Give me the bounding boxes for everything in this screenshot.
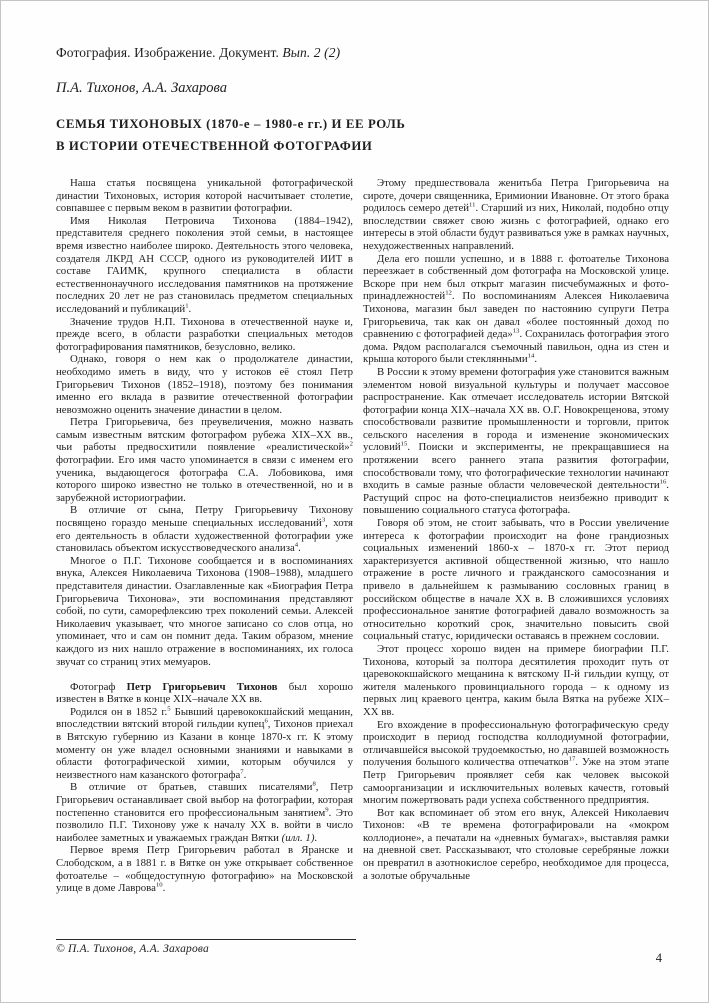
paragraph: Значение трудов Н.П. Тихонова в отечеств…	[56, 316, 353, 354]
paragraph: Его вхождение в профессиональную фотогра…	[363, 719, 669, 807]
footnote-marker: 2	[350, 441, 353, 448]
paragraph: Первое время Петр Григорьевич работал в …	[56, 844, 353, 894]
authors-line: П.А. Тихонов, А.А. Захарова	[56, 80, 227, 97]
paragraph: Дела его пошли успешно, и в 1888 г. фото…	[363, 253, 669, 366]
paragraph: Этому предшествовала женитьба Петра Григ…	[363, 177, 669, 253]
paragraph: Родился он в 1852 г.5 Бывший царевококша…	[56, 706, 353, 782]
paragraph: Наша статья посвящена уникальной фотогра…	[56, 177, 353, 215]
paragraph: Говоря об этом, не стоит забывать, что в…	[363, 517, 669, 643]
footnote-marker: 10	[156, 882, 163, 889]
document-page: Фотография. Изображение. Документ. Вып. …	[0, 0, 709, 1003]
paragraph: Однако, говоря о нем как о продолжателе …	[56, 353, 353, 416]
paragraph: Этот процесс хорошо виден на примере био…	[363, 643, 669, 719]
left-column: Наша статья посвящена уникальной фотогра…	[56, 177, 353, 895]
paragraph: В отличие от сына, Петру Григорьевичу Ти…	[56, 504, 353, 554]
article-title: СЕМЬЯ ТИХОНОВЫХ (1870-е – 1980-е гг.) И …	[56, 113, 405, 157]
page-number: 4	[656, 951, 662, 966]
paragraph: Фотограф Петр Григорьевич Тихонов был хо…	[56, 681, 353, 706]
journal-title: Фотография. Изображение. Документ.	[56, 45, 279, 60]
copyright-line: © П.А. Тихонов, А.А. Захарова	[56, 943, 356, 955]
right-column: Этому предшествовала женитьба Петра Григ…	[363, 177, 669, 895]
text-columns: Наша статья посвящена уникальной фотогра…	[56, 177, 669, 895]
paragraph: В России к этому времени фотография уже …	[363, 366, 669, 517]
paragraph: Имя Николая Петровича Тихонова (1884–194…	[56, 215, 353, 316]
paragraph: Многое о П.Г. Тихонове сообщается и в во…	[56, 555, 353, 668]
issue-label: Вып. 2 (2)	[282, 45, 340, 60]
paragraph: Вот как вспоминает об этом его внук, Але…	[363, 807, 669, 883]
article-title-line1: СЕМЬЯ ТИХОНОВЫХ (1870-е – 1980-е гг.) И …	[56, 113, 405, 135]
footer-rule: © П.А. Тихонов, А.А. Захарова	[56, 939, 356, 955]
journal-header: Фотография. Изображение. Документ. Вып. …	[56, 45, 340, 61]
paragraph: В отличие от братьев, ставших писателями…	[56, 781, 353, 844]
footnote-marker: 12	[445, 290, 452, 297]
paragraph: Петра Григорьевича, без преувеличения, м…	[56, 416, 353, 504]
article-title-line2: В ИСТОРИИ ОТЕЧЕСТВЕННОЙ ФОТОГРАФИИ	[56, 135, 405, 157]
